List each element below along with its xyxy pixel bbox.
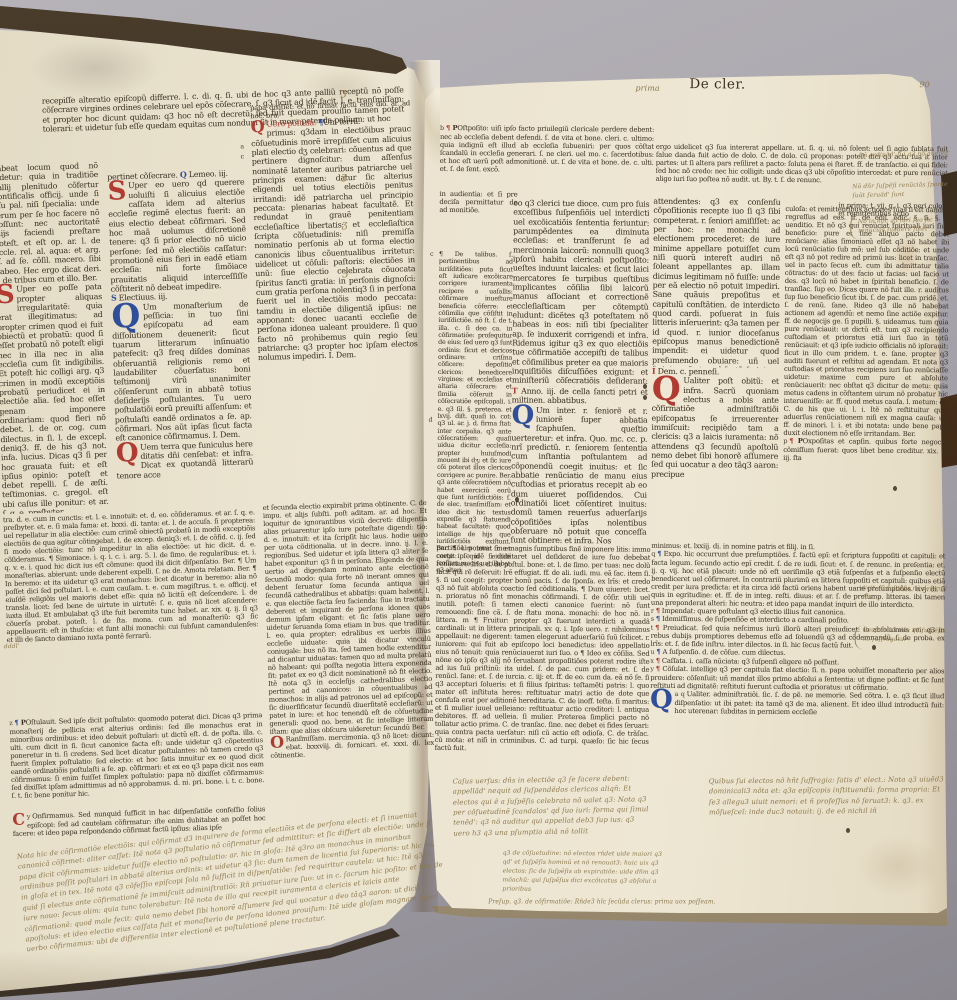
right-colB-rubric-text: Anno. iij. de cella ſancti petri et milt… xyxy=(512,387,648,406)
right-colC-rubric-text: Dem. c. penneſi. xyxy=(658,367,720,377)
margin-letter-d-right: d xyxy=(428,416,434,424)
pilcrow-item-s: ¶ xyxy=(656,615,660,623)
initial-q-red-large: Q xyxy=(652,376,684,402)
gloss-item-y: y¶ Cõſulat. intellige q3 per capitula fi… xyxy=(650,665,944,692)
wormhole-2 xyxy=(643,395,647,400)
wormhole-4 xyxy=(846,828,850,833)
pilcrow-item-t: ¶ xyxy=(655,624,659,632)
folio-number: 90 xyxy=(919,80,929,90)
right-colD-par: p¶ POxpoſitas et capſin. quibus forte ne… xyxy=(783,437,947,463)
lower-right-expo-par: q¶ Expo. hic occurrunt due preſumptiões.… xyxy=(651,550,945,609)
bottom-annotation-right-col: Quibus ſui electos nõ hñt ſuffragia: ſat… xyxy=(709,774,950,864)
right-top-continuation: in audientia: et ſi pre deciſa permittat… xyxy=(439,190,517,241)
right-margin-annotation-5: Cauſam h3 dñs q3 ſuſpẽſis nõ ſuffragatur xyxy=(862,626,954,657)
pilcrow-red: ¶ xyxy=(446,124,450,132)
right-lower-gloss-right: minimus: et. lxxiij. di. in nomine patri… xyxy=(649,542,945,779)
annotation-brace-2 xyxy=(855,626,865,650)
running-head-prima: prima xyxy=(635,84,659,95)
right-margin-annotation-3: Nõ in hoc q3 iuri ſuo ſic renũciãs ſuade… xyxy=(858,215,955,248)
right-margin-annotation-2: Nõ dñr ſuſpẽſi renũciãs ſponte ſuũt ſeru… xyxy=(852,180,955,211)
right-top-text-left: Oſtpoſito: uiſi ipſo facto priuilegiũ cl… xyxy=(440,124,654,173)
running-head-title: De cler. xyxy=(689,76,745,92)
right-main-column-2: attendentes: q3 ex conſenſu cõpoſitionis… xyxy=(650,197,780,546)
right-colB-par: QUm inter. r. ſeniorẽ et r. iuniorẽ ſupe… xyxy=(510,405,647,546)
wormhole-3 xyxy=(872,645,876,650)
right-colC-par: QUaliter poſt obitũ: et infra. Sacrũ quo… xyxy=(651,376,779,480)
pilcrow-item-r: ¶ xyxy=(656,606,660,614)
annotation-brace-1 xyxy=(850,215,860,239)
pilcrow-item-x: ¶ xyxy=(656,657,660,665)
right-margin-annotation-1: Rñ ordinãd' ſui q3 nõ audiẽd' xyxy=(859,149,953,169)
right-lower-gloss-left: partitiõe: poterat ſine magnis ſumptibus… xyxy=(434,544,650,775)
initial-q-blue-2: Q xyxy=(511,405,536,426)
margin-letter-c-right: c xyxy=(430,250,436,258)
right-top-paragraph-left: b¶ POſtpoſito: uiſi ipſo facto priuilegi… xyxy=(440,124,655,190)
pilcrow-blue-3: ¶ xyxy=(657,550,661,558)
initial-t-red: T xyxy=(512,387,518,396)
right-colC-text: attendentes: q3 ex conſenſu cõpoſitionis… xyxy=(652,197,780,368)
gloss-item-y-text: Cõſulat. intellige q3 per capitula fiat … xyxy=(650,665,944,692)
bottom-annotation-left-col: Caſus uerſus: dñs in electiõe q3 ſe face… xyxy=(452,773,649,852)
initial-i-red: I xyxy=(652,367,656,376)
pilcrow-red-2: ¶ xyxy=(789,437,793,445)
wormhole-1 xyxy=(643,384,647,389)
wormhole-6 xyxy=(893,486,897,491)
right-colB-text: eo q3 clerici tue dioce. cum pro ſuis ex… xyxy=(512,199,650,388)
lower-right-qualiter-par: a qQUaliter. adminiſtratiõi. ſic. ſ. de … xyxy=(650,690,944,717)
pilcrow-item-u: ¶ xyxy=(656,648,660,656)
initial-q-blue-3: Q xyxy=(650,690,675,711)
right-gloss-column-outer: culoſa: et remittentibus actiones ſuas ſ… xyxy=(782,205,949,551)
right-page-content: prima De cler. 90 b¶ POſtpoſito: uiſi ip… xyxy=(0,0,957,1000)
margin-letters-aq: a q xyxy=(675,690,687,698)
book-photo-scene: recepiſſe alteratio epiſcopũ differre. l… xyxy=(0,0,957,1000)
right-colB-rubric: T Anno. iij. de cella ſancti petri et mi… xyxy=(512,387,648,407)
wormhole-5 xyxy=(515,497,519,502)
right-colD-par-text: Oxpoſitas et capſin. quibus forte negoci… xyxy=(783,438,947,463)
pilcrow-item-y: ¶ xyxy=(656,665,660,673)
bottom-center-annotation: Preſup. q3. de cõfirmatiõe: Rñde3 hĩc ſe… xyxy=(488,898,800,920)
right-margin-annotation-4: dicit q3 ſuſpẽſis nõ deſeruit dñs xyxy=(861,584,951,601)
lower-right-qualiter-text: Ualiter. adminiſtratiõi. ſic. ſ. de pẽ. … xyxy=(674,690,944,716)
